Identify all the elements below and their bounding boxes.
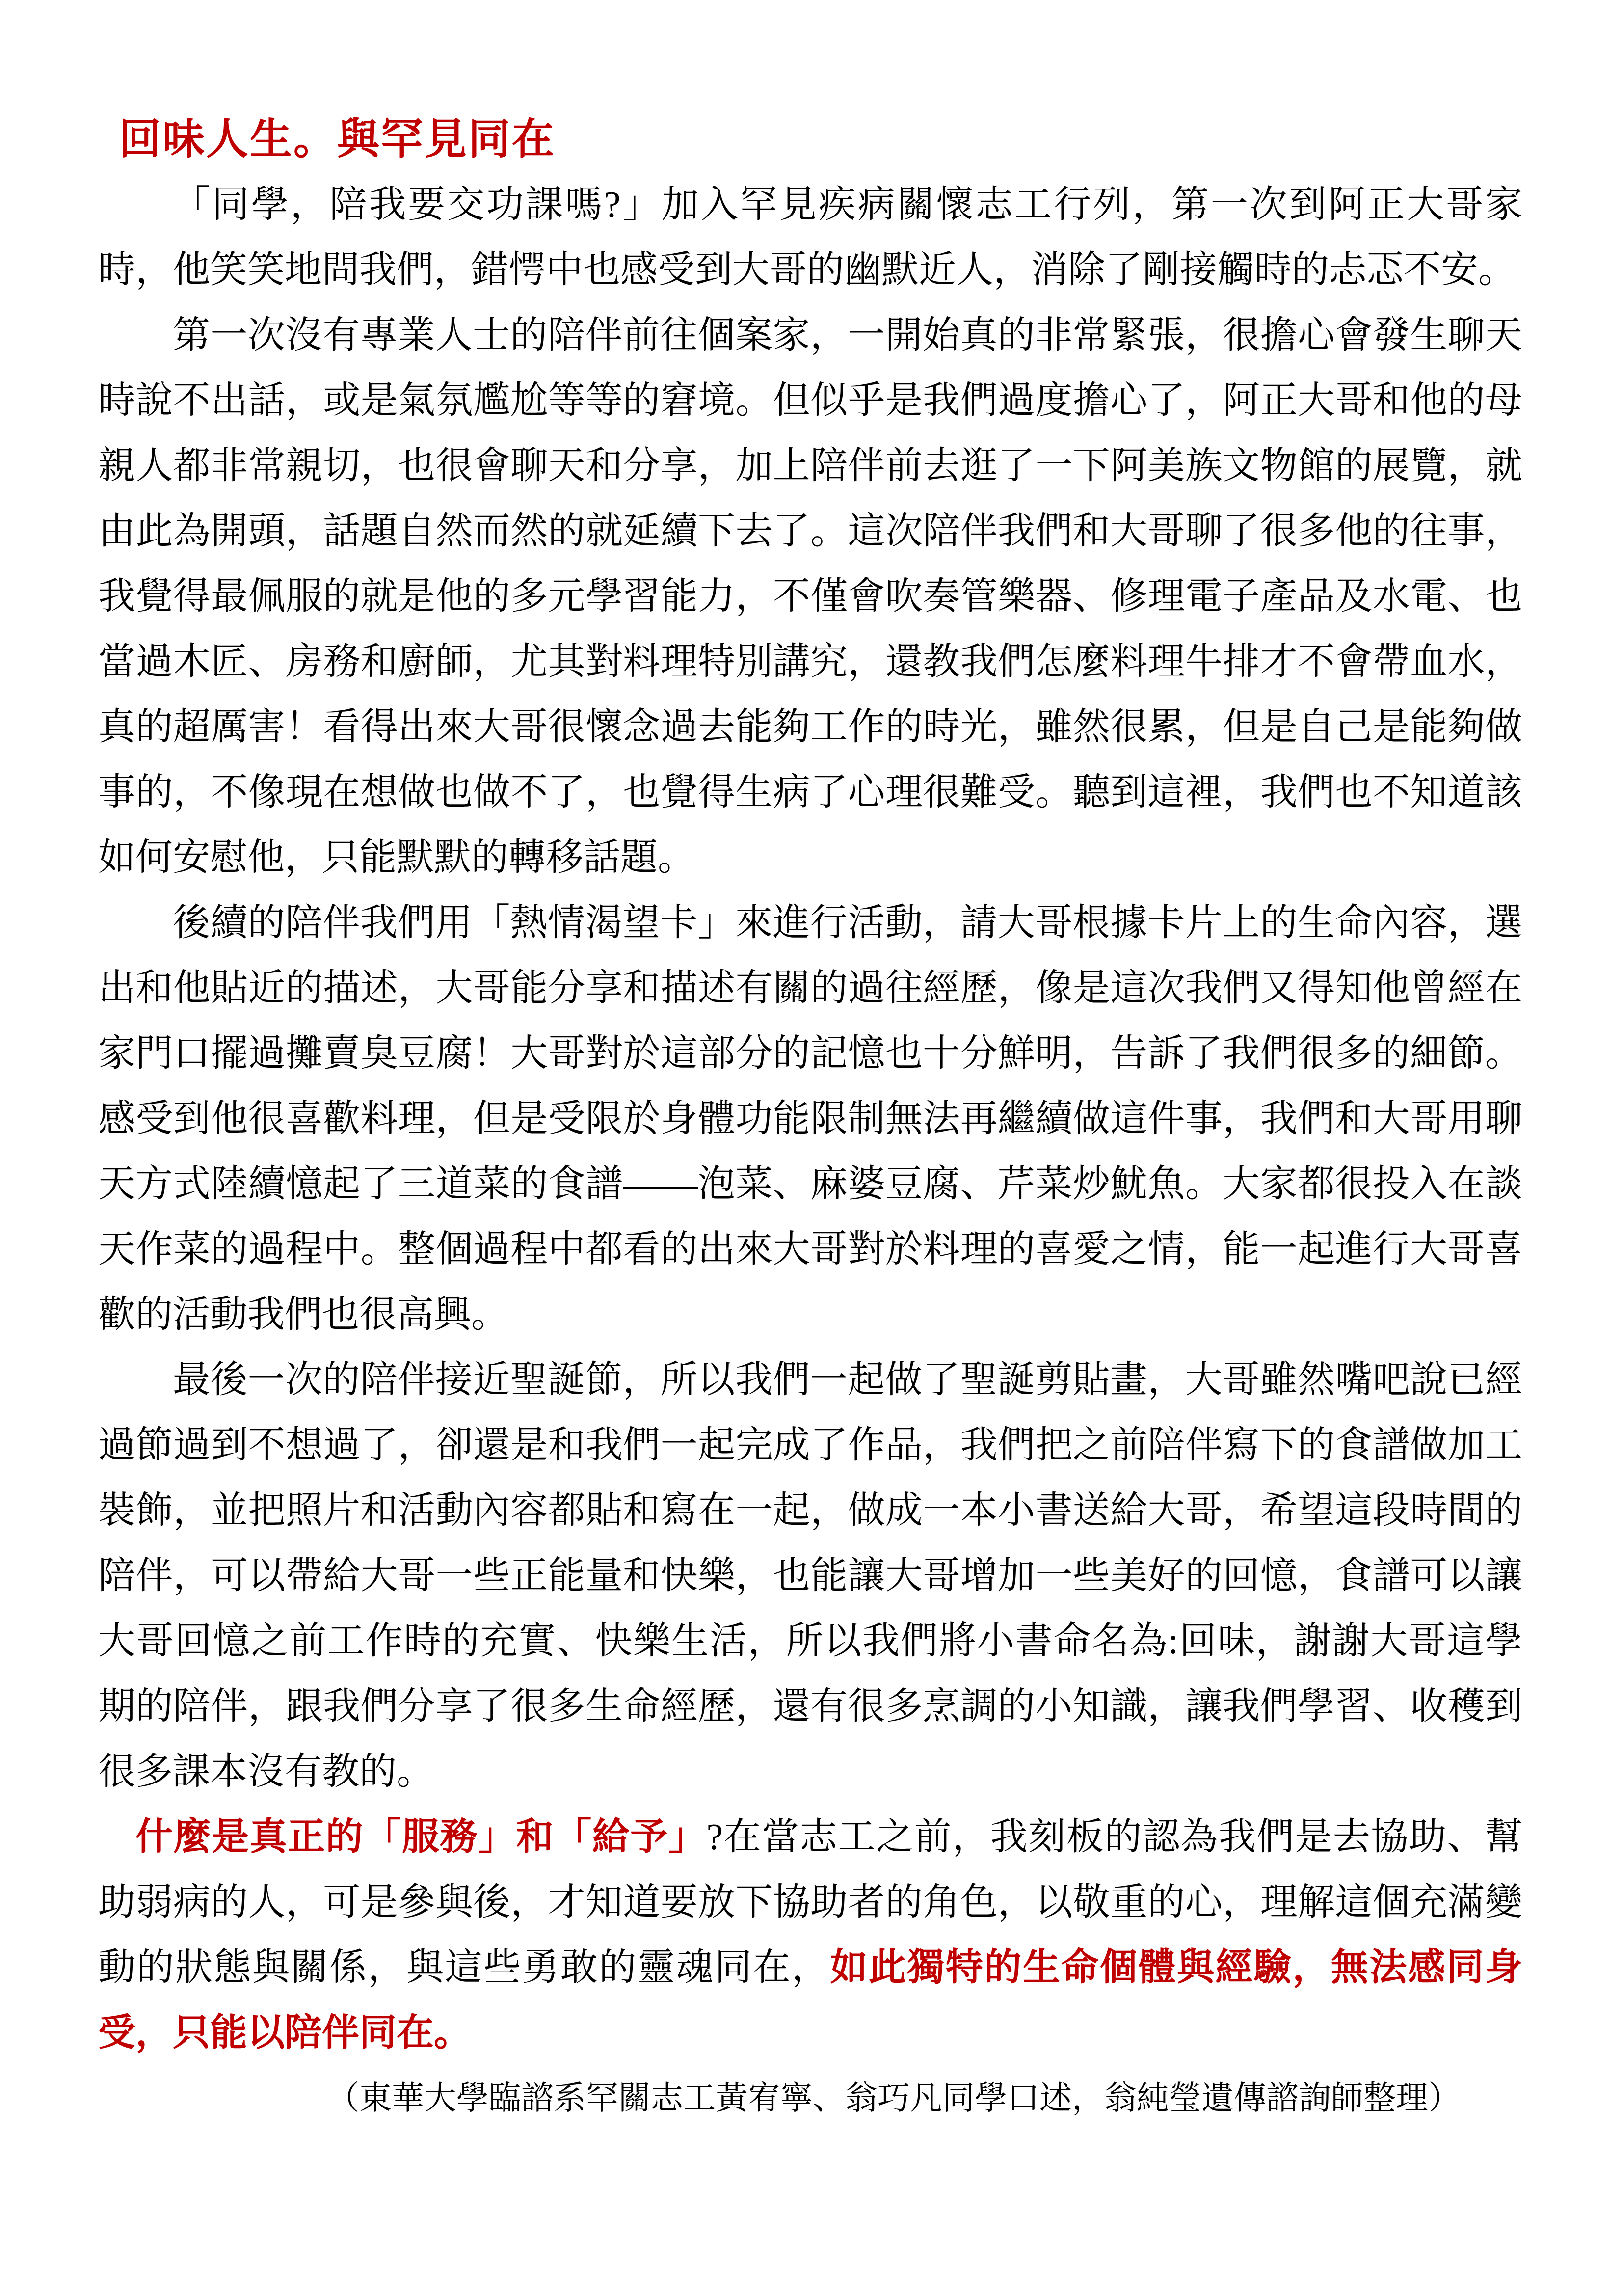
text-run: 「同學，陪我要交功課嗎?」加入罕見疾病關懷志工行列，第一次到阿正大哥家時，他笑笑… — [98, 184, 1522, 291]
paragraph: 什麼是真正的「服務」和「給予」?在當志工之前，我刻板的認為我們是去協助、幫助弱病… — [98, 1805, 1522, 2066]
text-run: 後續的陪伴我們用「熱情渴望卡」來進行活動，請大哥根據卡片上的生命內容，選出和他貼… — [98, 902, 1522, 1335]
text-run: （東華大學臨諮系罕關志工黃宥寧、翁巧凡同學口述，翁純瑩遺傳諮詢師整理） — [327, 2080, 1461, 2116]
article-title: 回味人生。與罕見同在 — [98, 107, 1522, 172]
text-run: 第一次沒有專業人士的陪伴前往個案家，一開始真的非常緊張，很擔心會發生聊天時說不出… — [98, 315, 1522, 878]
paragraph: 「同學，陪我要交功課嗎?」加入罕見疾病關懷志工行列，第一次到阿正大哥家時，他笑笑… — [98, 172, 1522, 303]
paragraph: 第一次沒有專業人士的陪伴前往個案家，一開始真的非常緊張，很擔心會發生聊天時說不出… — [98, 303, 1522, 891]
accent-text-run: 什麼是真正的「服務」和「給予」 — [135, 1816, 706, 1858]
text-run: 最後一次的陪伴接近聖誕節，所以我們一起做了聖誕剪貼畫，大哥雖然嘴吧說已經過節過到… — [98, 1359, 1522, 1792]
paragraph: 最後一次的陪伴接近聖誕節，所以我們一起做了聖誕剪貼畫，大哥雖然嘴吧說已經過節過到… — [98, 1348, 1522, 1805]
paragraph: 後續的陪伴我們用「熱情渴望卡」來進行活動，請大哥根據卡片上的生命內容，選出和他貼… — [98, 891, 1522, 1348]
article-body: 「同學，陪我要交功課嗎?」加入罕見疾病關懷志工行列，第一次到阿正大哥家時，他笑笑… — [98, 172, 1522, 2131]
document-page: 回味人生。與罕見同在 「同學，陪我要交功課嗎?」加入罕見疾病關懷志工行列，第一次… — [0, 0, 1623, 2296]
attribution-line: （東華大學臨諮系罕關志工黃宥寧、翁巧凡同學口述，翁純瑩遺傳諮詢師整理） — [98, 2066, 1522, 2131]
